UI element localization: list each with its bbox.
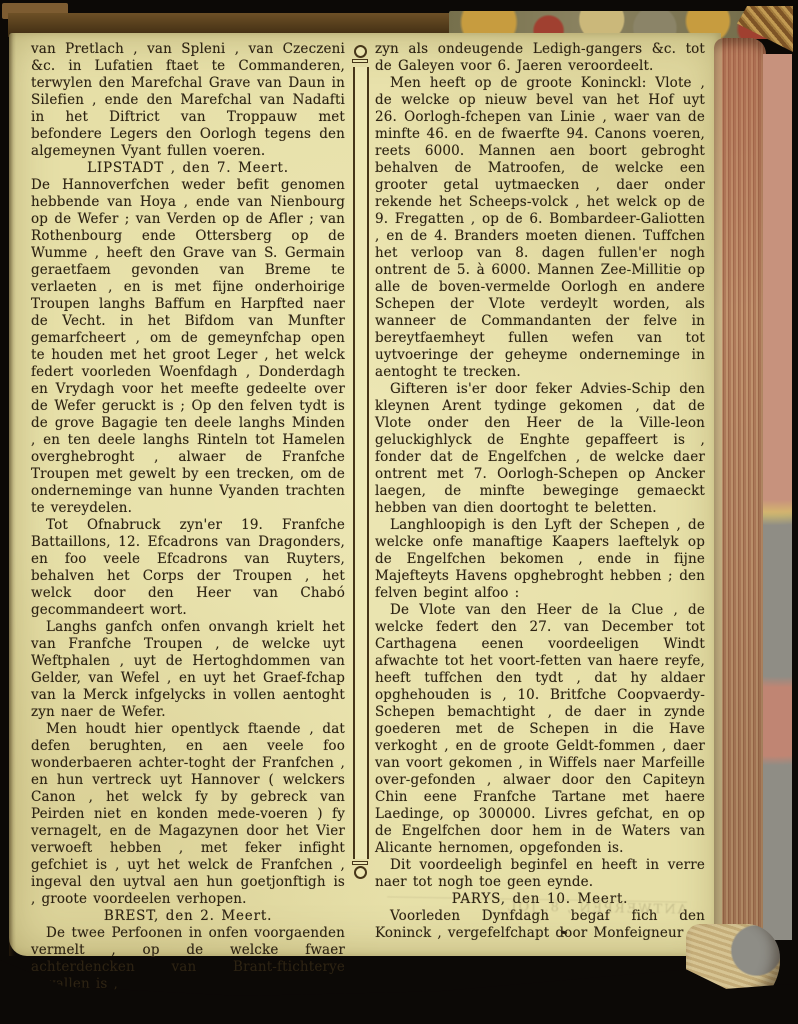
divider-urn-finial-bottom-icon (351, 861, 369, 879)
divider-urn-finial-top-icon (351, 45, 369, 63)
finial-cap (352, 861, 368, 865)
column-divider (349, 45, 371, 905)
left-text-column: van Pretlach , van Spleni , van Czeczeni… (31, 41, 345, 993)
body-paragraph: De twee Perfoonen in onfen voorgaenden v… (31, 925, 345, 993)
finial-ball-icon (354, 866, 367, 879)
body-paragraph: De Hannoverfchen weder befit genomen heb… (31, 177, 345, 517)
marbled-endpaper (763, 54, 792, 940)
body-paragraph: Gifteren is'er door feker Advies-Schip d… (375, 381, 705, 517)
body-paragraph: Tot Ofnabruck zyn'er 19. Franfche Battai… (31, 517, 345, 619)
body-paragraph: Langhloopigh is den Lyft der Schepen , d… (375, 517, 705, 602)
finial-cap (352, 59, 368, 63)
body-paragraph: van Pretlach , van Spleni , van Czeczeni… (31, 41, 345, 160)
page-fore-edge (714, 38, 766, 954)
dateline-heading: BREST, den 2. Meert. (31, 908, 345, 925)
body-paragraph: Dit voordeeligh beginfel en heeft in ver… (375, 857, 705, 891)
body-paragraph: De Vlote van den Heer de la Clue , de we… (375, 602, 705, 857)
book-scan: van Pretlach , van Spleni , van Czeczeni… (0, 0, 798, 1024)
body-paragraph: Men heeft op de groote Koninckl: Vlote ,… (375, 75, 705, 381)
body-paragraph: Langhs ganfch onfen onvangh krielt het v… (31, 619, 345, 721)
newspaper-page: van Pretlach , van Spleni , van Czeczeni… (9, 33, 721, 956)
dateline-heading: LIPSTADT , den 7. Meert. (31, 160, 345, 177)
divider-rule-line (353, 67, 369, 859)
body-paragraph: zyn als ondeugende Ledigh-gangers &c. to… (375, 41, 705, 75)
right-text-column: zyn als ondeugende Ledigh-gangers &c. to… (375, 41, 705, 942)
finial-ball-icon (354, 45, 367, 58)
body-paragraph: Men houdt hier opentlyck ftaende , dat d… (31, 721, 345, 908)
